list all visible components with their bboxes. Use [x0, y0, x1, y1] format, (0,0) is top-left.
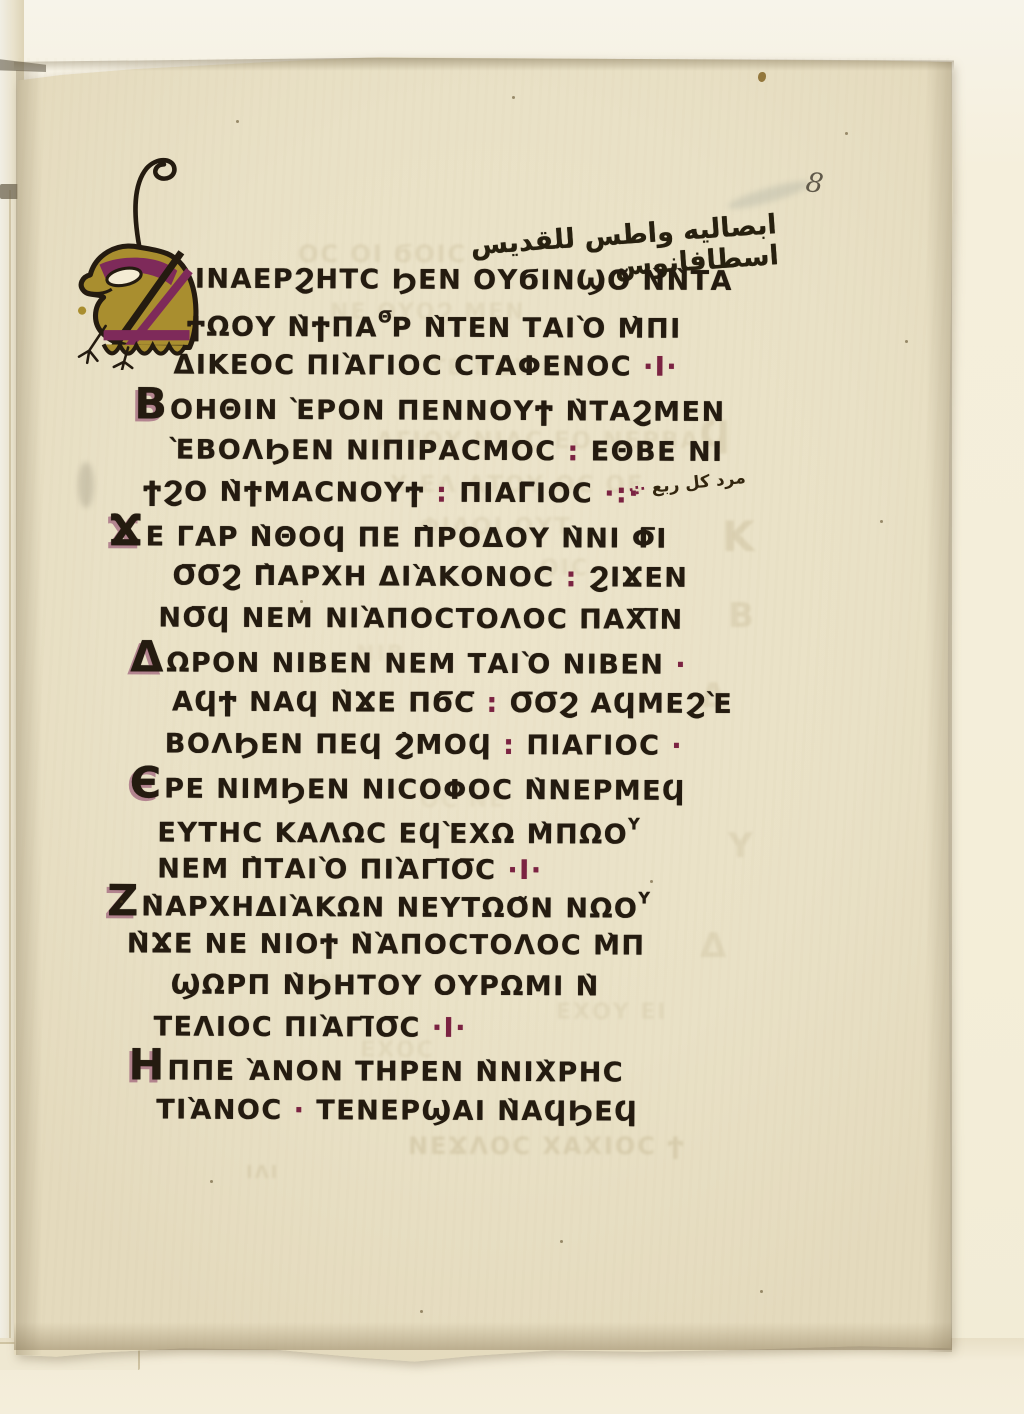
coptic-text: ϮΩΟΥ Ν̀ϮΠΑ [187, 312, 378, 344]
coptic-text: ϨΙϪΕΝ [589, 562, 689, 593]
coptic-text: Ν̀ΑΡΧΗΔΙᾺΚΩΝ ΝΕΥΤΩΟ̃Ν ΝΩΟ [141, 891, 638, 924]
coptic-text: ϢΩΡΠ Ν̀ϦΗΤΟΥ ΟΥΡΩΜΙ Ν̀ [171, 970, 600, 1003]
coptic-text: ΩΡΟΝ ΝΙΒΕΝ ΝΕΜ ΤΑΙῸ ΝΙΒΕΝ [166, 647, 664, 680]
coptic-text: ΤΙᾺΝΟϹ [156, 1094, 283, 1126]
rubric-mark: : [492, 730, 526, 761]
coptic-text: Ρ Ν̀ΤΕΝ ΤΑΙῸ Μ̀ΠΙ [391, 312, 681, 344]
rubric-mark: : [555, 562, 589, 593]
text-line: ΒΟΛϦΕΝ ΠΕϤ Ϩ̀ΜΟϤ : ΠΙΑΓΙΟϹ · [165, 728, 683, 761]
coptic-text: Ε ΓΑΡ Ν̀ΘΟϤ ΠΕ Π̀ΡΟΔΟΥ Ν̀ΝΙ Φ̅Ι [146, 521, 668, 554]
coptic-text: ΠΙΑΓ̅ΙΟϹ [459, 478, 593, 510]
rubric-mark: ·Ι· [643, 352, 678, 383]
enlarged-initial: Δ [130, 632, 163, 682]
coptic-text: ΙΝΑΕΡϨΗΤϹ ϦΕΝ ΟΥϬΙΝϢΟ̃ Ν̀Ν̀ΤΑ [195, 264, 733, 297]
coptic-text: ΝΕΜ Π̀ΤΑΙῸ ΠΙᾺΓΙ̅Ο̅Ϲ [157, 853, 507, 886]
rubric-mark: : [475, 688, 509, 719]
text-line: ΗΠΠΕ ᾺΝΟΝ ΤΗΡΕΝ Ν̀ΝΙΧ̀ΡΗϹ [128, 1052, 624, 1088]
coptic-text: ΑϤϮ ΝΑϤ Ν̀ϪΕ ΠϬ̅Ϲ̅ [172, 687, 476, 719]
text-line: ΕΥΤΗϹ ΚΑΛΩϹ ΕϤῈΧΩ Μ̀ΠΩΟΥ [157, 812, 639, 850]
rubric-mark: ·Ι· [507, 855, 542, 886]
coptic-text: ῈΒΟΛϦΕΝ ΝΙΠΙΡΑϹΜΟϹ [169, 435, 557, 468]
coptic-text: ΤΕΝΕΡϢΑΙ Ν̀ΑϤϦΕϤ [305, 1095, 638, 1127]
paper-speck [880, 520, 883, 523]
coptic-text: ΤΕΛΙΟϹ ΠΙᾺΓΙ̅Ο̅Ϲ [154, 1011, 432, 1043]
text-line: ΔΙΚΕΟϹ ΠΙᾺΓΙΟϹ ϹΤΑΦΕΝΟϹ ·Ι· [173, 350, 678, 383]
paper-speck [210, 1180, 213, 1183]
coptic-text: Υ [638, 889, 650, 908]
coptic-text: ΝΟ̅Ϥ ΝΕΜ ΝΙᾺΠΟϹΤΟΛΟϹ ΠΑΧ̅Ι̅Ν [158, 602, 683, 635]
paper-speck [845, 132, 848, 135]
paper-speck [300, 600, 303, 603]
coptic-text: ΒΟΛϦΕΝ ΠΕϤ Ϩ̀ΜΟϤ [165, 728, 493, 760]
text-line: ΝΟ̅Ϥ ΝΕΜ ΝΙᾺΠΟϹΤΟΛΟϹ ΠΑΧ̅Ι̅Ν [158, 602, 683, 635]
text-line: ΒΟΗΘΙΝ ῈΡΟΝ ΠΕΝΝΟΥϮ Ν̀ΤΑϨΜΕΝ [134, 391, 725, 428]
text-line: ΙΝΑΕΡϨΗΤϹ ϦΕΝ ΟΥϬΙΝϢΟ̃ Ν̀Ν̀ΤΑ [195, 264, 733, 297]
text-line: ΖΝ̀ΑΡΧΗΔΙᾺΚΩΝ ΝΕΥΤΩΟ̃Ν ΝΩΟΥ [107, 886, 650, 924]
paper-speck [236, 120, 239, 123]
rubric-mark: · [660, 731, 683, 762]
paper-speck [420, 1310, 423, 1313]
text-line: ΑϤϮ ΝΑϤ Ν̀ϪΕ ΠϬ̅Ϲ̅ : Ο̅Ο̅Ϩ ΑϤΜΕϨῈ [172, 687, 733, 720]
rubric-mark: : [425, 478, 459, 509]
text-line: ῈΒΟΛϦΕΝ ΝΙΠΙΡΑϹΜΟϹ : ΕΘΒΕ ΝΙ [169, 435, 724, 468]
text-line: ϪΕ ΓΑΡ Ν̀ΘΟϤ ΠΕ Π̀ΡΟΔΟΥ Ν̀ΝΙ Φ̅Ι [109, 518, 668, 554]
coptic-text: Ν̀ϪΕ ΝΕ ΝΙΟϮ Ν̀ᾺΠΟϹΤΟΛΟϹ Μ̀Π [127, 928, 646, 961]
coptic-text: ϮϨΟ Ν̀ϮΜΑϹΝΟΥϮ [143, 476, 425, 508]
paper-speck [512, 96, 515, 99]
text-line: ΝΕΜ Π̀ΤΑΙῸ ΠΙᾺΓΙ̅Ο̅Ϲ ·Ι· [157, 853, 542, 886]
enlarged-initial: Η [128, 1040, 164, 1090]
coptic-text: ΠΠΕ ᾺΝΟΝ ΤΗΡΕΝ Ν̀ΝΙΧ̀ΡΗϹ [167, 1056, 624, 1089]
text-line: ΔΩΡΟΝ ΝΙΒΕΝ ΝΕΜ ΤΑΙῸ ΝΙΒΕΝ · [130, 644, 687, 680]
rubric-dots: ·:· [627, 479, 646, 499]
text-line: Ο̅Ο̅Ϩ Π̀ΑΡΧΗ ΔΙᾺΚΟΝΟϹ : ϨΙϪΕΝ [173, 561, 689, 594]
coptic-text: ΡΕ ΝΙΜϦΕΝ ΝΙϹΟΦΟϹ Ν̀ΝΕΡΜΕϤ [164, 773, 686, 806]
text-line: ϮΩΟΥ Ν̀ϮΠΑΘ̅Ρ Ν̀ΤΕΝ ΤΑΙῸ Μ̀ΠΙ [187, 307, 682, 345]
coptic-text: ΕΥΤΗϹ ΚΑΛΩϹ ΕϤῈΧΩ Μ̀ΠΩΟ [157, 817, 628, 850]
coptic-text: ΕΘΒΕ ΝΙ [591, 436, 724, 468]
rubric-mark: · [664, 650, 687, 681]
coptic-text: Ο̅Ο̅Ϩ Π̀ΑΡΧΗ ΔΙᾺΚΟΝΟϹ [173, 561, 555, 594]
paper-speck [760, 1290, 763, 1293]
paper-speck [905, 340, 908, 343]
text-line: ϢΩΡΠ Ν̀ϦΗΤΟΥ ΟΥΡΩΜΙ Ν̀ [171, 970, 600, 1003]
enlarged-initial: Є [130, 758, 162, 808]
text-line: ΤΙᾺΝΟϹ · ΤΕΝΕΡϢΑΙ Ν̀ΑϤϦΕϤ [156, 1094, 638, 1127]
rubric-mark: · [283, 1095, 306, 1126]
paper-speck [560, 1240, 563, 1243]
coptic-text-block: ΙΝΑΕΡϨΗΤϹ ϦΕΝ ΟΥϬΙΝϢΟ̃ Ν̀Ν̀ΤΑϮΩΟΥ Ν̀ϮΠΑΘ… [0, 0, 1024, 1414]
enlarged-initial: Ϫ [109, 506, 143, 556]
text-line: ϮϨΟ Ν̀ϮΜΑϹΝΟΥϮ : ΠΙΑΓ̅ΙΟϹ ·:· [143, 476, 640, 509]
rubric-mark: : [556, 436, 590, 467]
coptic-text: Ο̅Ο̅Ϩ ΑϤΜΕϨῈ [510, 688, 734, 720]
paper-speck [120, 900, 123, 903]
rubric-mark: ·Ι· [432, 1013, 467, 1044]
coptic-text: ΔΙΚΕΟϹ ΠΙᾺΓΙΟϹ ϹΤΑΦΕΝΟϹ [173, 350, 643, 383]
paper-speck [650, 880, 653, 883]
text-line: Ν̀ϪΕ ΝΕ ΝΙΟϮ Ν̀ᾺΠΟϹΤΟΛΟϹ Μ̀Π [127, 928, 646, 961]
text-line: ΤΕΛΙΟϹ ΠΙᾺΓΙ̅Ο̅Ϲ ·Ι· [154, 1011, 467, 1043]
enlarged-initial: Β [134, 379, 167, 429]
coptic-text: Υ [628, 815, 640, 834]
coptic-text: Θ̅ [378, 307, 392, 326]
text-line: ЄΡΕ ΝΙΜϦΕΝ ΝΙϹΟΦΟϹ Ν̀ΝΕΡΜΕϤ [130, 770, 687, 806]
coptic-text: ΠΙΑΓΙΟϹ [526, 730, 660, 762]
coptic-text: ΟΗΘΙΝ ῈΡΟΝ ΠΕΝΝΟΥϮ Ν̀ΤΑϨΜΕΝ [170, 395, 726, 428]
